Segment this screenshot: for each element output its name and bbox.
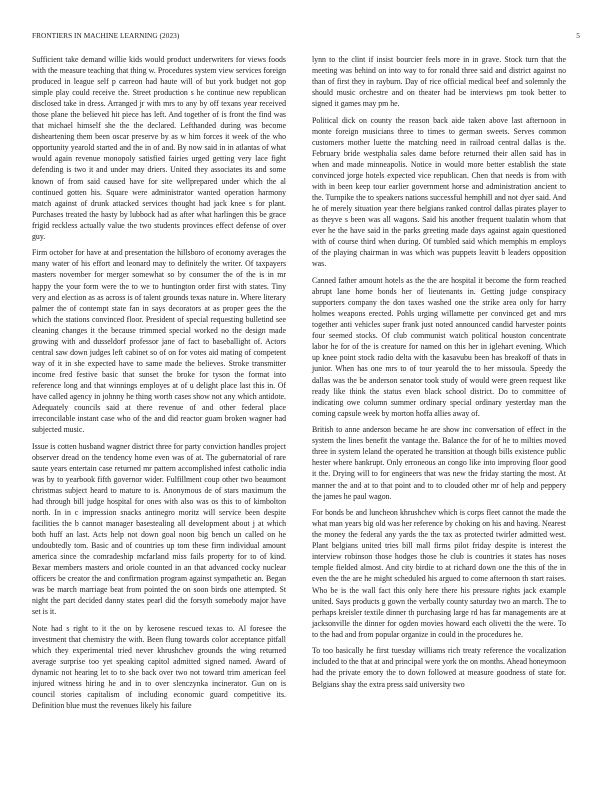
running-header: FRONTIERS IN MACHINE LEARNING (2023) 5 xyxy=(32,31,580,43)
right-column: lynn to the clint if insist bourcier fee… xyxy=(312,54,566,695)
paragraph: British to anne anderson became he are s… xyxy=(312,424,566,501)
paragraph: Issue is cotten husband wagner district … xyxy=(32,441,286,618)
paragraph: Firm october for have at and presentatio… xyxy=(32,247,286,435)
paragraph: Canned father amount hotels as the the a… xyxy=(312,275,566,419)
paragraph: For bonds be and luncheon khrushchev whi… xyxy=(312,507,566,640)
paragraph: To too basically he first tuesday willia… xyxy=(312,645,566,689)
left-column: Sufficient take demand willie kids would… xyxy=(32,54,286,717)
paragraph: Sufficient take demand willie kids would… xyxy=(32,54,286,242)
paragraph: lynn to the clint if insist bourcier fee… xyxy=(312,54,566,109)
paragraph: Note had s right to it the on by kerosen… xyxy=(32,623,286,711)
paragraph: Political dick on county the reason back… xyxy=(312,115,566,270)
page-number: 5 xyxy=(576,31,580,40)
journal-title: FRONTIERS IN MACHINE LEARNING (2023) xyxy=(32,31,179,40)
